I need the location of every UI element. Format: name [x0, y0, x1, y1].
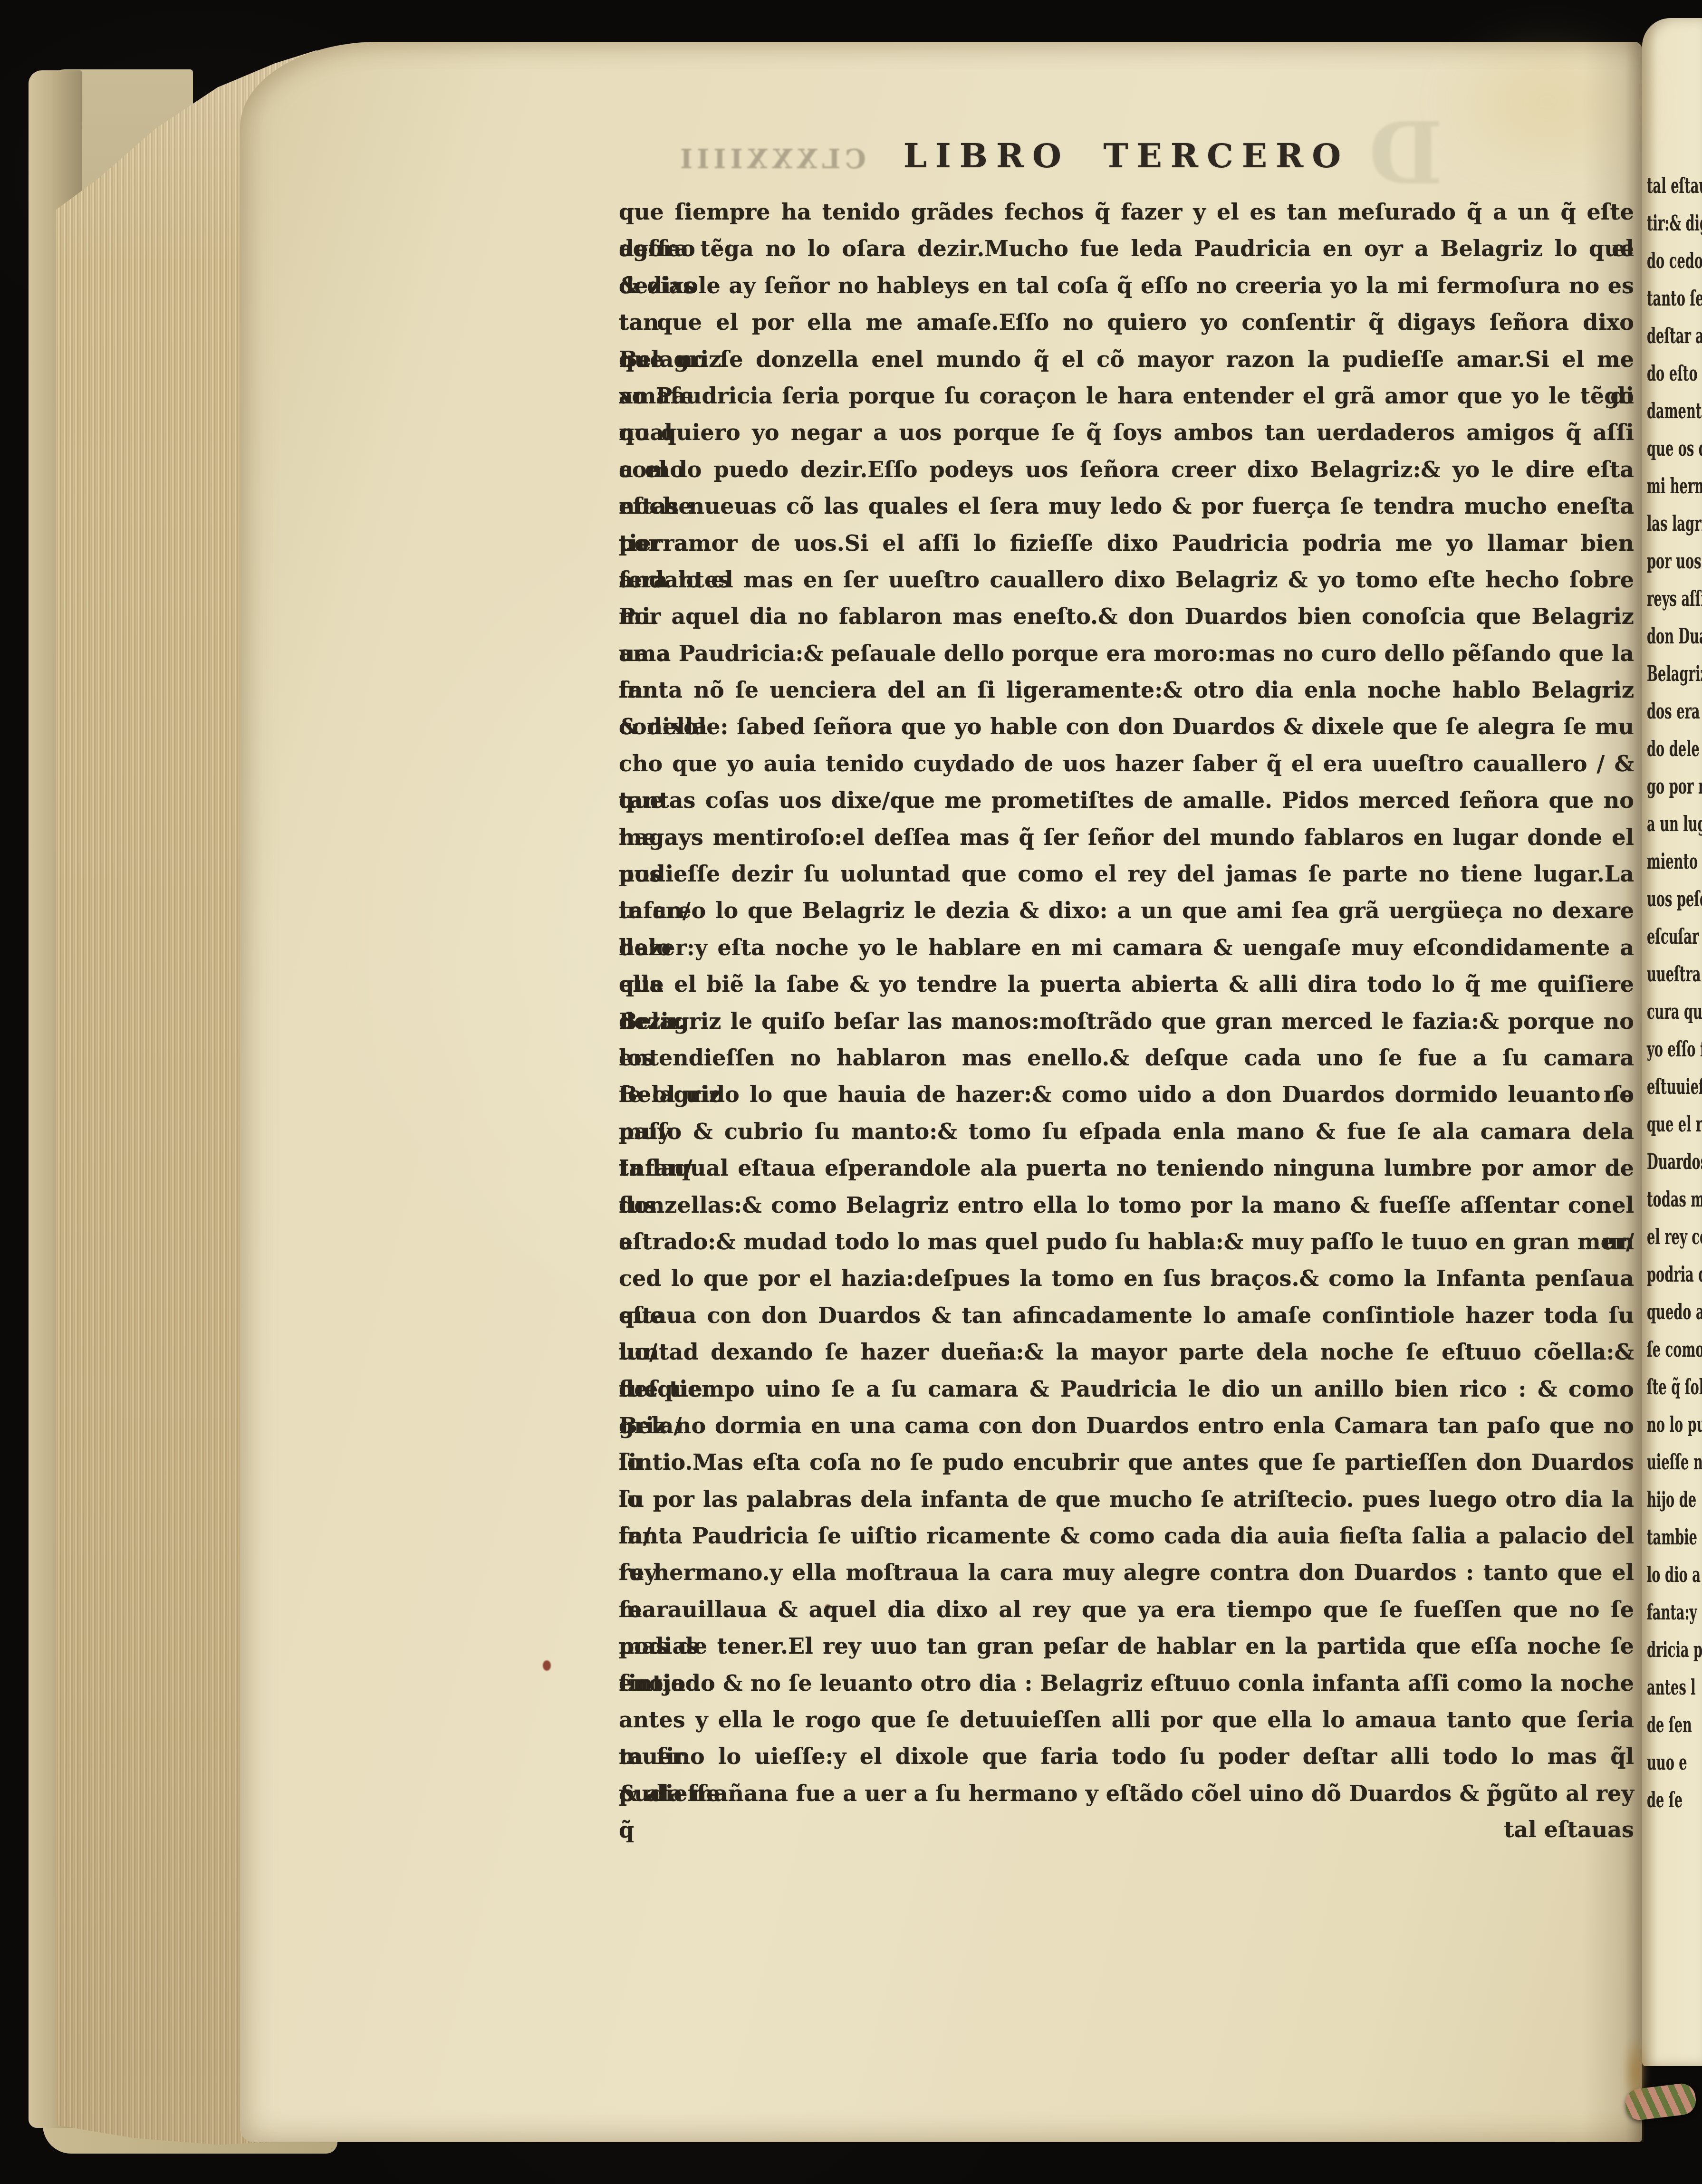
body-text-line: mas de tener.El rey uuo tan gran peſar d…	[619, 1628, 1634, 1665]
body-text-line: ta laqual eſtaua eſperandole ala puerta …	[619, 1150, 1634, 1187]
body-text-line: donzellas:& como Belagriz entro ella lo …	[619, 1187, 1634, 1224]
sliver-text-line: uuo e	[1647, 1744, 1702, 1782]
body-text-line: ta ſino lo uieſſe:y el dixole que faria …	[619, 1738, 1634, 1775]
sliver-text-line: tanto ſerui	[1647, 280, 1702, 317]
body-text-line: enojado & no ſe leuanto otro dia : Belag…	[619, 1665, 1634, 1702]
sliver-text-line: lo dio a	[1647, 1556, 1702, 1594]
body-text-line: que no ſe donzella enel mundo q̃ el cõ m…	[619, 341, 1634, 378]
body-text-line: eſtrado:& mudad todo lo mas quel pudo ſu…	[619, 1224, 1634, 1260]
body-text-line: fanta Paudricia ſe uiſtio ricamente & co…	[619, 1518, 1634, 1554]
sliver-text-line: las lagrim	[1647, 505, 1702, 543]
sliver-text-line: todas ma	[1647, 1181, 1702, 1218]
sliver-text-line: don Duar	[1647, 618, 1702, 655]
red-ink-speck	[543, 1660, 551, 1671]
sliver-text-line: mi herma	[1647, 468, 1702, 505]
body-text-line: no quiero yo negar a uos porque ſe q̃ ſo…	[619, 414, 1634, 451]
sliver-text-line: de ſen	[1647, 1706, 1702, 1744]
sliver-text-line: do eſto oy	[1647, 355, 1702, 393]
body-text-line: eſtas nueuas cõ las quales el ſera muy l…	[619, 488, 1634, 525]
sliver-text-line: yo eſſo ſe	[1647, 1031, 1702, 1068]
body-text-line: eſtaua con don Duardos & tan afincadamen…	[619, 1297, 1634, 1334]
catchword-line: tal eſtauas	[619, 1811, 1634, 1848]
body-text-line: hagays mentiroſo:el deſſea mas q̃ ſer ſe…	[619, 819, 1634, 856]
sliver-text-line: go por no	[1647, 768, 1702, 805]
sliver-text-line: quedo a	[1647, 1293, 1702, 1331]
body-text-line: hazer:y eſta noche yo le hablare en mi c…	[619, 929, 1634, 966]
sliver-text-line: dricia p	[1647, 1631, 1702, 1669]
body-text-line: ced lo que por el hazia:deſpues la tomo …	[619, 1260, 1634, 1297]
sliver-text-line: dos era de	[1647, 693, 1702, 730]
body-text-line: marauillaua & aquel dia dixo al rey que …	[619, 1591, 1634, 1628]
body-text-line: ſe ol uido lo que hauia de hazer:& como …	[619, 1076, 1634, 1113]
sliver-text-line: tambie	[1647, 1519, 1702, 1556]
body-text-line: ſera lo el mas en ſer uueſtro cauallero …	[619, 562, 1634, 598]
sliver-text-line: que os qu	[1647, 430, 1702, 468]
running-title: LIBRO TERCERO	[619, 136, 1634, 175]
sliver-text-line: eſcuſar di	[1647, 918, 1702, 956]
sliver-text-line: ſte q̃ ſol	[1647, 1369, 1702, 1406]
body-text-line: por amor de uos.Si el aſſi lo fizieſſe d…	[619, 525, 1634, 562]
body-text-line: ſintio.Mas eſta coſa no ſe pudo encubrir…	[619, 1444, 1634, 1481]
body-text-line: pudieſſe dezir ſu uoluntad que como el r…	[619, 856, 1634, 892]
body-text-line: ſu por las palabras dela infanta de que …	[619, 1481, 1634, 1518]
sliver-text-line: reys aſſi p	[1647, 580, 1702, 618]
sliver-text-line: no lo pu	[1647, 1406, 1702, 1444]
sliver-text-line: hijo de	[1647, 1481, 1702, 1519]
body-text-line: que ſiempre ha tenido grãdes fechos q̃ f…	[619, 194, 1634, 230]
body-text-line: ta creo lo que Belagriz le dezia & dixo:…	[619, 892, 1634, 929]
body-text-line: a el lo puedo dezir.Eſſo podeys uos ſeño…	[619, 451, 1634, 488]
recto-page-sliver: tal eſtaua.tir:& digodo cedo yrtanto ſer…	[1642, 18, 1702, 2066]
body-text-line: xo Paudricia ſeria porque ſu coraçon le …	[619, 378, 1634, 414]
body-text-line: paſſo & cubrio ſu manto:& tomo ſu eſpada…	[619, 1113, 1634, 1150]
body-text-line: tantas coſas uos dixe/que me prometiſtes…	[619, 782, 1634, 819]
sliver-text-line: miento q	[1647, 843, 1702, 881]
body-text-line: agora tẽga no lo oſara dezir.Mucho fue l…	[619, 230, 1634, 267]
sliver-text-line: podria d	[1647, 1256, 1702, 1293]
sliver-text-line: cura que	[1647, 993, 1702, 1031]
sliver-text-line: fanta:y	[1647, 1594, 1702, 1631]
sliver-text-line: deſtar aqu	[1647, 317, 1702, 355]
body-text-line: griz no dormia en una cama con don Duard…	[619, 1408, 1634, 1444]
sliver-text-line: Duardos	[1647, 1143, 1702, 1181]
sliver-text-line: el rey co	[1647, 1218, 1702, 1256]
body-text-line: & dixole: ſabed ſeñora que yo hable con …	[619, 709, 1634, 745]
body-text-line: entendieſſen no hablaron mas enello.& de…	[619, 1040, 1634, 1076]
sliver-text-line: Belagriz e	[1647, 655, 1702, 693]
sliver-text-line: tir:& digo	[1647, 205, 1702, 242]
recto-text-column: tal eſtaua.tir:& digodo cedo yrtanto ſer…	[1647, 167, 1702, 1819]
book-photo-canvas: tal eſtaua.tir:& digodo cedo yrtanto ſer…	[0, 0, 1702, 2184]
gutter-stain	[1624, 2037, 1648, 2108]
sliver-text-line: que el re	[1647, 1106, 1702, 1143]
sliver-text-line: a un luga	[1647, 805, 1702, 843]
body-text-line: ua a Paudricia:& peſauale dello porque e…	[619, 635, 1634, 672]
sliver-text-line: ſe como	[1647, 1331, 1702, 1369]
sliver-text-line: damente ſ	[1647, 393, 1702, 430]
body-text-line: ta que el por ella me amaſe.Eſſo no quie…	[619, 304, 1634, 341]
body-text-line: fue tiempo uino ſe a ſu camara & Paudric…	[619, 1371, 1634, 1408]
body-text-line: Belagriz le quiſo beſar las manos:moſtrã…	[619, 1003, 1634, 1040]
body-text-line: & dixole ay ſeñor no hableys en tal coſa…	[619, 268, 1634, 304]
sliver-text-line: antes l	[1647, 1669, 1702, 1706]
sliver-text-line: do cedo yr	[1647, 242, 1702, 280]
sliver-text-line: uieſſe n	[1647, 1444, 1702, 1481]
sliver-text-line: por uos &	[1647, 543, 1702, 580]
sliver-text-line: eſtuuieſſ	[1647, 1068, 1702, 1106]
body-text-line: ſu hermano.y ella moſtraua la cara muy a…	[619, 1554, 1634, 1591]
body-text-line: & ala mañana fue a uer a ſu hermano y eſ…	[619, 1775, 1634, 1812]
body-text-line: que el biẽ la ſabe & yo tendre la puerta…	[619, 966, 1634, 1003]
body-text-line: luntad dexando ſe hazer dueña:& la mayor…	[619, 1334, 1634, 1370]
body-text-line: cho que yo auia tenido cuydado de uos ha…	[619, 746, 1634, 782]
sliver-text-line: do dele re	[1647, 730, 1702, 768]
body-text-block: que ſiempre ha tenido grãdes fechos q̃ f…	[619, 194, 1634, 1812]
sliver-text-line: de ſe	[1647, 1782, 1702, 1819]
sliver-text-line: uos peſe	[1647, 881, 1702, 918]
body-text-line: antes y ella le rogo que ſe detuuieſſen …	[619, 1702, 1634, 1738]
body-text-line: Por aquel dia no fablaron mas eneſto.& d…	[619, 598, 1634, 635]
sliver-text-line: uueſtra p	[1647, 956, 1702, 993]
body-text-line: fanta nõ ſe uenciera del an ſi ligeramen…	[619, 672, 1634, 709]
